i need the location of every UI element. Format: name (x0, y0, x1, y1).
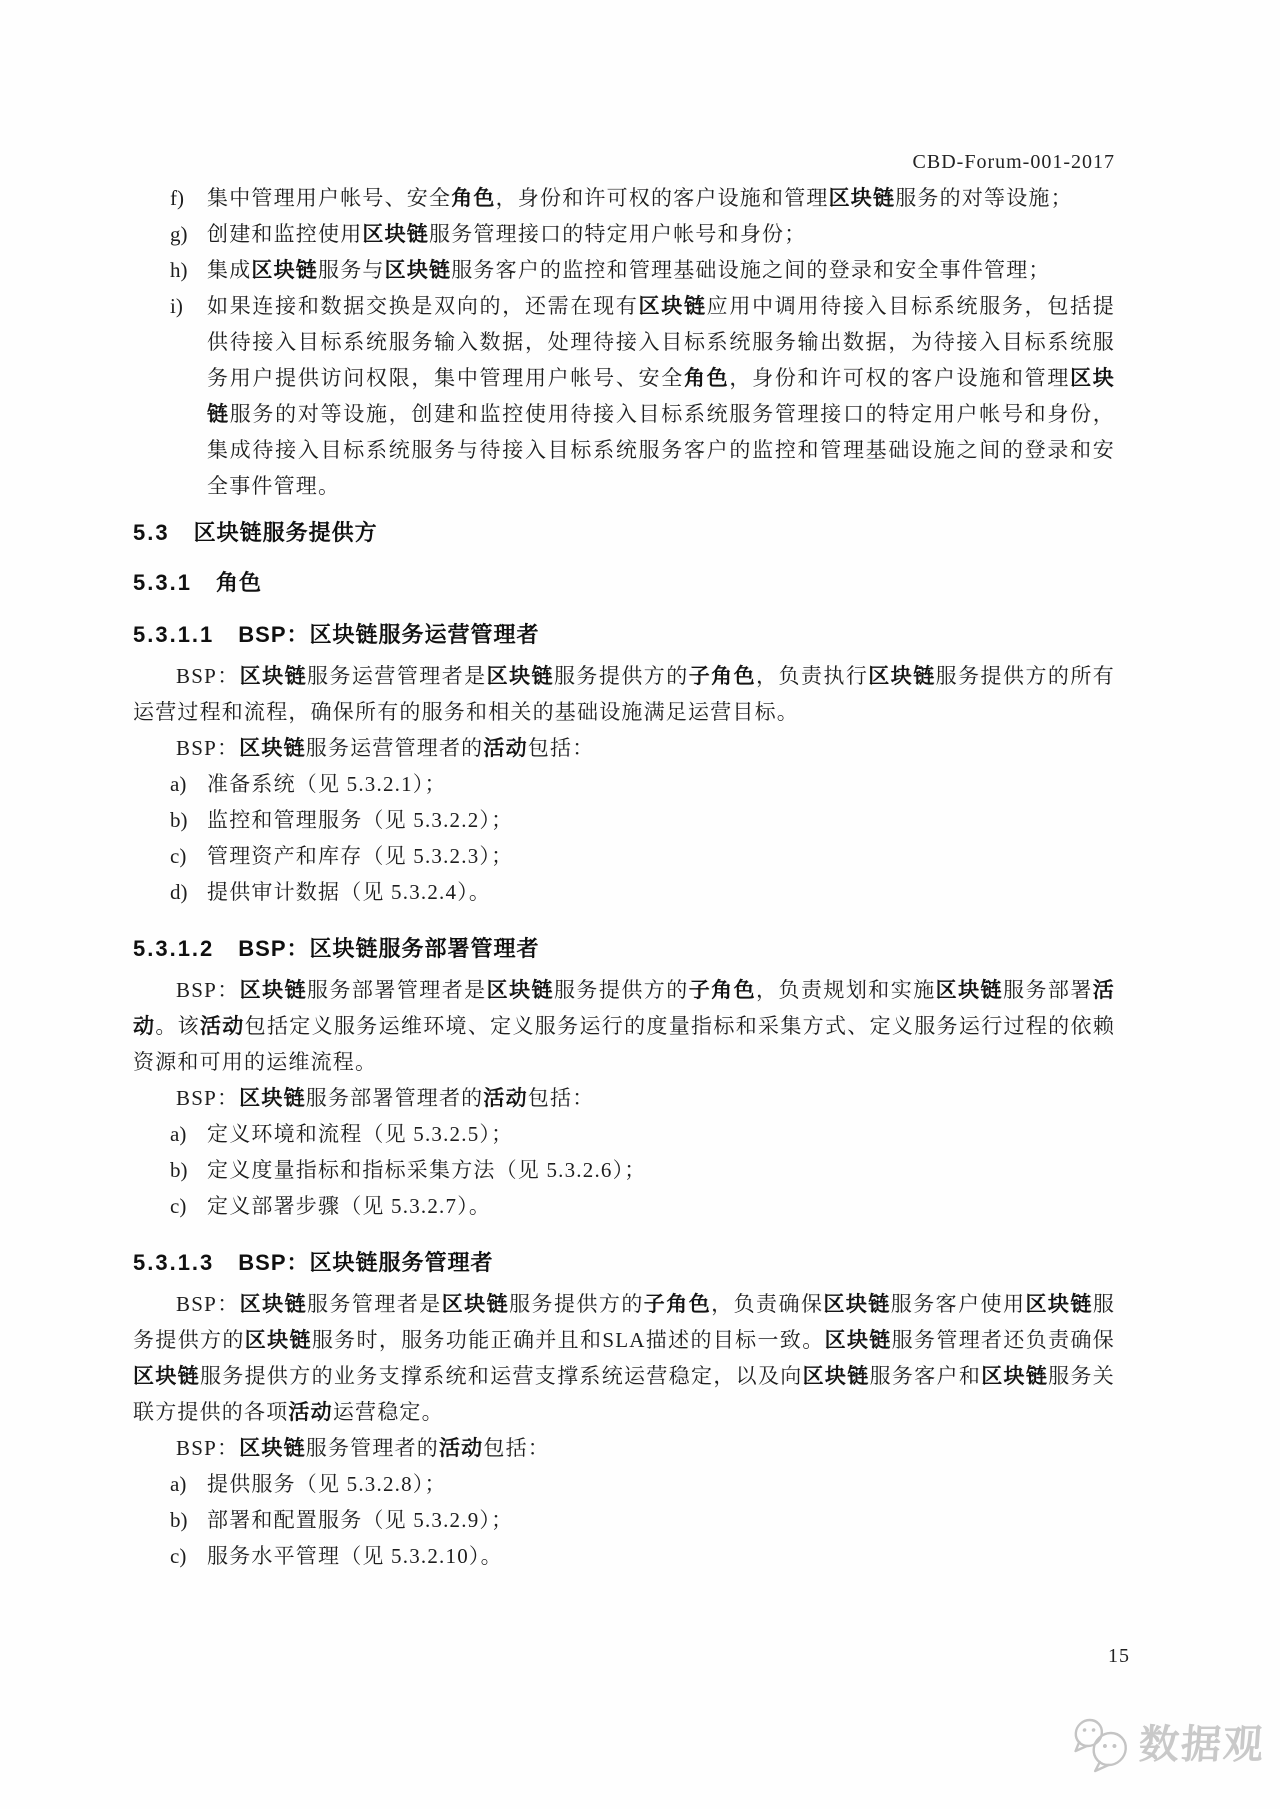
section-title: 角色 (216, 570, 262, 595)
list-item: c) 管理资产和库存（见 5.3.2.3）； (133, 838, 1115, 874)
section-heading-5-3-1-3: 5.3.1.3BSP：区块链服务管理者 (133, 1248, 1115, 1278)
section-number: 5.3 (133, 520, 170, 545)
list-item-text: 集中管理用户帐号、安全角色，身份和许可权的客户设施和管理区块链服务的对等设施； (207, 180, 1115, 216)
list-item-text: 提供审计数据（见 5.3.2.4）。 (207, 874, 1115, 910)
paragraph-lead-in: BSP：区块链服务管理者的活动包括： (133, 1430, 1115, 1466)
watermark: 数据观 (1066, 1716, 1267, 1774)
section-title: BSP：区块链服务管理者 (238, 1250, 493, 1275)
list-item-text: 创建和监控使用区块链服务管理接口的特定用户帐号和身份； (207, 216, 1115, 252)
list-item: a) 提供服务（见 5.3.2.8）； (133, 1466, 1115, 1502)
list-item-label: d) (170, 874, 207, 910)
section-heading-5-3: 5.3区块链服务提供方 (133, 518, 1115, 548)
section-title: 区块链服务提供方 (194, 520, 378, 545)
list-item-label: c) (170, 1188, 207, 1224)
section-number: 5.3.1 (133, 570, 192, 595)
list-item-text: 部署和配置服务（见 5.3.2.9）； (207, 1502, 1115, 1538)
list-item-text: 管理资产和库存（见 5.3.2.3）； (207, 838, 1115, 874)
list-item-label: c) (170, 1538, 207, 1574)
section-number: 5.3.1.1 (133, 622, 214, 647)
list-item: i) 如果连接和数据交换是双向的，还需在现有区块链应用中调用待接入目标系统服务，… (133, 288, 1115, 504)
list-item-label: b) (170, 1152, 207, 1188)
paragraph-lead-in: BSP：区块链服务部署管理者的活动包括： (133, 1080, 1115, 1116)
list-item: c) 服务水平管理（见 5.3.2.10）。 (133, 1538, 1115, 1574)
section-heading-5-3-1: 5.3.1角色 (133, 568, 1115, 598)
list-item-label: a) (170, 766, 207, 802)
section-number: 5.3.1.2 (133, 936, 214, 961)
ordered-list: a) 准备系统（见 5.3.2.1）； b) 监控和管理服务（见 5.3.2.2… (133, 766, 1115, 910)
list-item-text: 准备系统（见 5.3.2.1）； (207, 766, 1115, 802)
page-content: CBD-Forum-001-2017 f) 集中管理用户帐号、安全角色，身份和许… (133, 0, 1115, 1574)
list-item-label: f) (170, 180, 207, 216)
ordered-list: f) 集中管理用户帐号、安全角色，身份和许可权的客户设施和管理区块链服务的对等设… (133, 180, 1115, 504)
list-item-text: 定义度量指标和指标采集方法（见 5.3.2.6）； (207, 1152, 1115, 1188)
list-item: f) 集中管理用户帐号、安全角色，身份和许可权的客户设施和管理区块链服务的对等设… (133, 180, 1115, 216)
list-item-text: 服务水平管理（见 5.3.2.10）。 (207, 1538, 1115, 1574)
list-item-text: 如果连接和数据交换是双向的，还需在现有区块链应用中调用待接入目标系统服务，包括提… (207, 288, 1115, 504)
list-item: g) 创建和监控使用区块链服务管理接口的特定用户帐号和身份； (133, 216, 1115, 252)
section-heading-5-3-1-2: 5.3.1.2BSP：区块链服务部署管理者 (133, 934, 1115, 964)
list-item-label: a) (170, 1116, 207, 1152)
watermark-text: 数据观 (1138, 1725, 1267, 1765)
list-item-label: g) (170, 216, 207, 252)
list-item: b) 监控和管理服务（见 5.3.2.2）； (133, 802, 1115, 838)
paragraph: BSP：区块链服务运营管理者是区块链服务提供方的子角色，负责执行区块链服务提供方… (133, 658, 1115, 730)
page-number: 15 (1108, 1645, 1130, 1668)
list-item: b) 部署和配置服务（见 5.3.2.9）； (133, 1502, 1115, 1538)
ordered-list: a) 提供服务（见 5.3.2.8）； b) 部署和配置服务（见 5.3.2.9… (133, 1466, 1115, 1574)
chat-bubbles-icon (1066, 1716, 1134, 1774)
section-title: BSP：区块链服务运营管理者 (238, 622, 539, 647)
section-number: 5.3.1.3 (133, 1250, 214, 1275)
list-item-label: c) (170, 838, 207, 874)
list-item: a) 准备系统（见 5.3.2.1）； (133, 766, 1115, 802)
list-item: c) 定义部署步骤（见 5.3.2.7）。 (133, 1188, 1115, 1224)
list-item-text: 定义部署步骤（见 5.3.2.7）。 (207, 1188, 1115, 1224)
paragraph: BSP：区块链服务管理者是区块链服务提供方的子角色，负责确保区块链服务客户使用区… (133, 1286, 1115, 1430)
list-item-label: b) (170, 1502, 207, 1538)
list-item-text: 定义环境和流程（见 5.3.2.5）； (207, 1116, 1115, 1152)
ordered-list: a) 定义环境和流程（见 5.3.2.5）； b) 定义度量指标和指标采集方法（… (133, 1116, 1115, 1224)
list-item-text: 集成区块链服务与区块链服务客户的监控和管理基础设施之间的登录和安全事件管理； (207, 252, 1115, 288)
section-heading-5-3-1-1: 5.3.1.1BSP：区块链服务运营管理者 (133, 620, 1115, 650)
section-title: BSP：区块链服务部署管理者 (238, 936, 539, 961)
list-item: b) 定义度量指标和指标采集方法（见 5.3.2.6）； (133, 1152, 1115, 1188)
list-item: a) 定义环境和流程（见 5.3.2.5）； (133, 1116, 1115, 1152)
list-item-text: 监控和管理服务（见 5.3.2.2）； (207, 802, 1115, 838)
document-code: CBD-Forum-001-2017 (133, 150, 1115, 174)
list-item-label: a) (170, 1466, 207, 1502)
paragraph: BSP：区块链服务部署管理者是区块链服务提供方的子角色，负责规划和实施区块链服务… (133, 972, 1115, 1080)
list-item-label: i) (170, 288, 207, 504)
list-item: d) 提供审计数据（见 5.3.2.4）。 (133, 874, 1115, 910)
list-item: h) 集成区块链服务与区块链服务客户的监控和管理基础设施之间的登录和安全事件管理… (133, 252, 1115, 288)
list-item-text: 提供服务（见 5.3.2.8）； (207, 1466, 1115, 1502)
list-item-label: b) (170, 802, 207, 838)
paragraph-lead-in: BSP：区块链服务运营管理者的活动包括： (133, 730, 1115, 766)
list-item-label: h) (170, 252, 207, 288)
document-page: CBD-Forum-001-2017 f) 集中管理用户帐号、安全角色，身份和许… (0, 0, 1280, 1809)
